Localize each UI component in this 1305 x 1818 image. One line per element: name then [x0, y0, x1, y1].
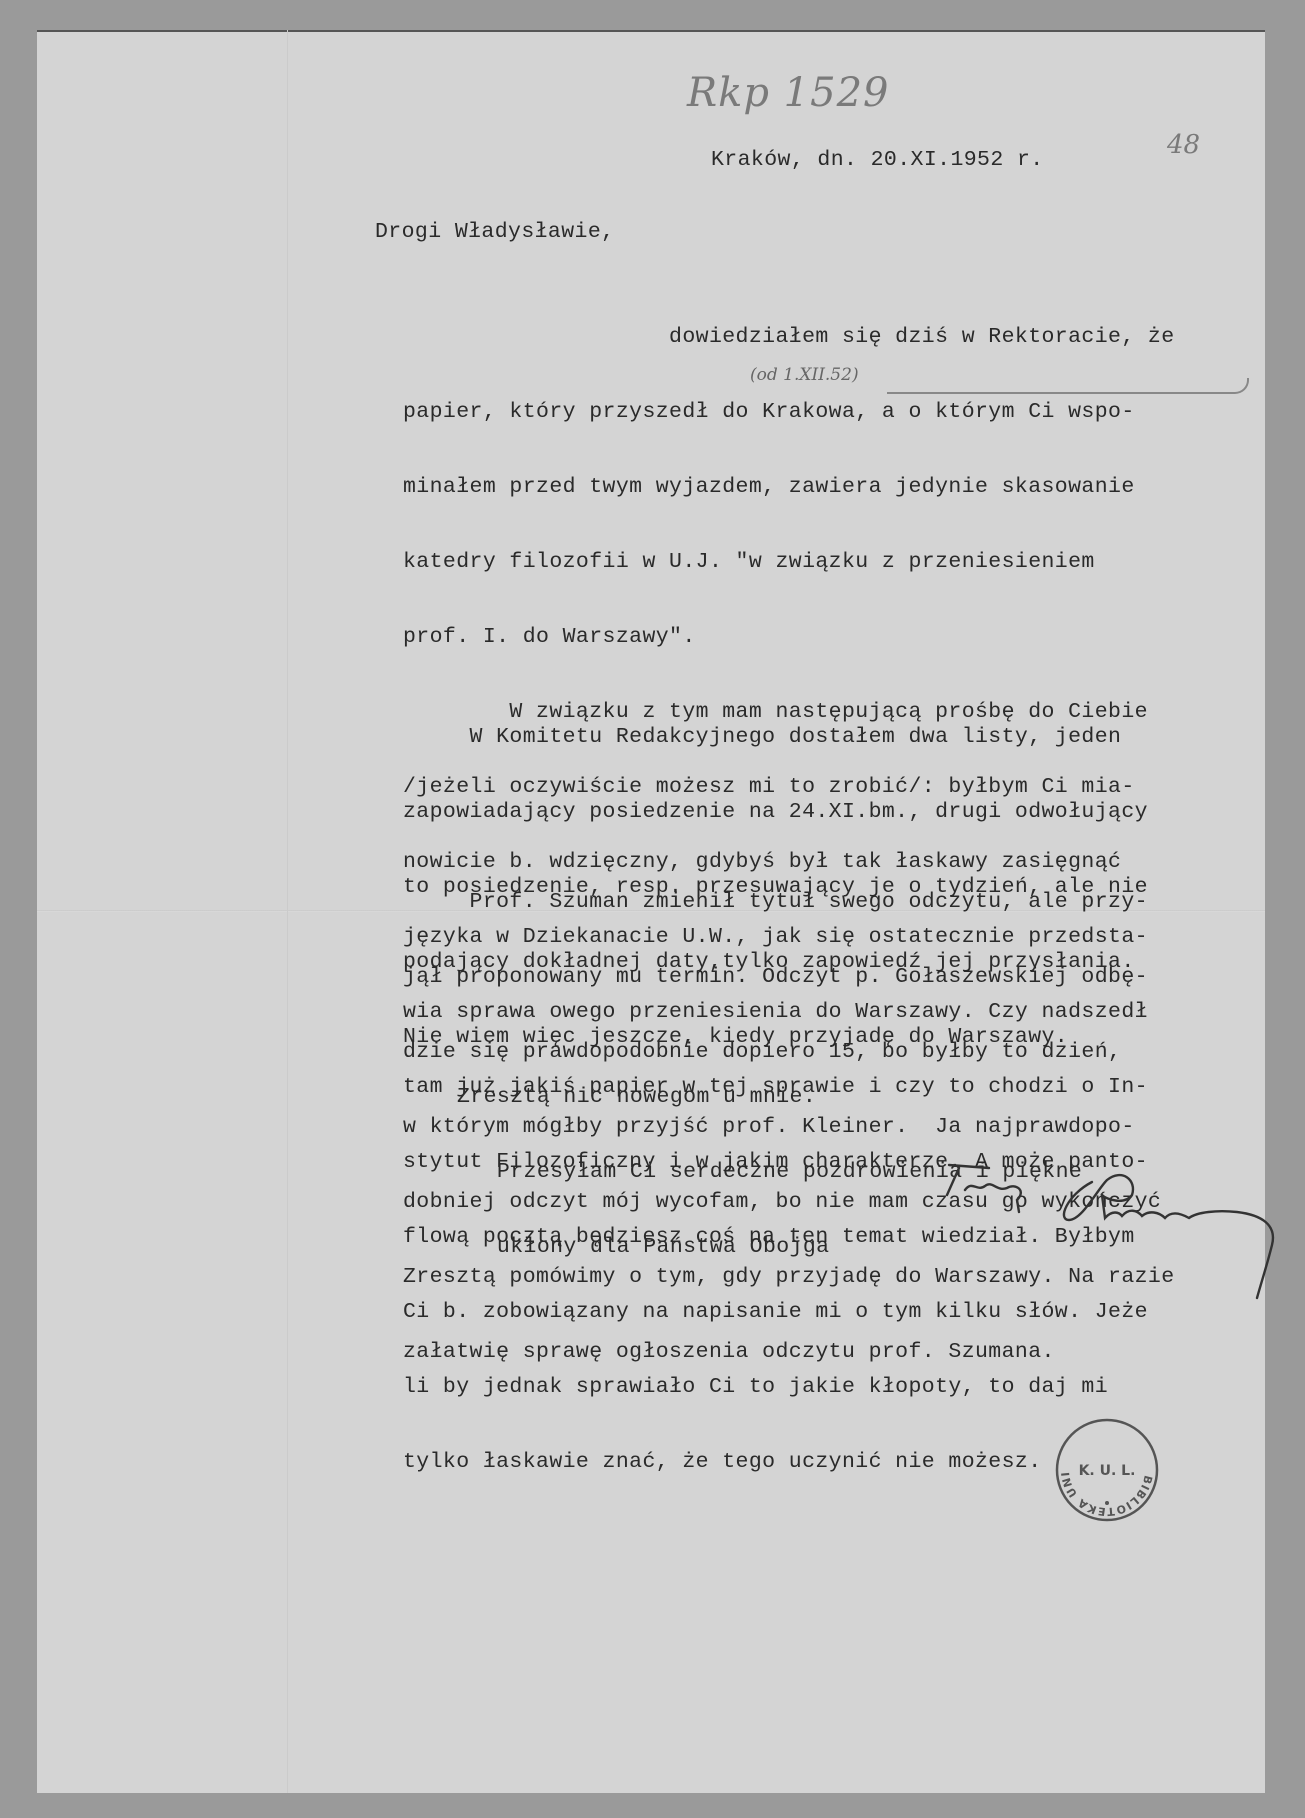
text-line: zapowiadający posiedzenie na 24.XI.bm., … [403, 800, 1148, 825]
call-number: Rkp 1529 [687, 70, 889, 116]
text-line: Zresztą nic nowegom u mnie. [457, 1085, 1082, 1110]
text-line: papier, który przyszedł do Krakowa, a o … [403, 400, 1175, 425]
text-line: Prof. Szuman zmienił tytuł swego odczytu… [403, 890, 1175, 915]
letter-page: Rkp 1529 48 Kraków, dn. 20.XI.1952 r. Dr… [37, 30, 1265, 1793]
handwritten-annotation: (od 1.XII.52) [750, 365, 859, 385]
text-line: minałem przed twym wyjazdem, zawiera jed… [403, 475, 1175, 500]
annotation-arrow [887, 378, 1249, 394]
text-line: dowiedziałem się dziś w Rektoracie, że [403, 325, 1175, 350]
signature: Twój Roman [897, 1150, 1297, 1330]
stamp-center-text: K. U. L. [1079, 1463, 1136, 1479]
place-date: Kraków, dn. 20.XI.1952 r. [711, 148, 1044, 173]
fold-line-vertical [287, 30, 288, 1793]
salutation: Drogi Władysławie, [375, 220, 614, 245]
text-line: załatwię sprawę ogłoszenia odczytu prof.… [403, 1340, 1175, 1365]
text-line: jął proponowany mu termin. Odczyt p. Goł… [403, 965, 1175, 990]
library-stamp: BIBLIOTEKA UNIWERSYTECKA K. U. L. [1052, 1415, 1162, 1525]
text-line: prof. I. do Warszawy". [403, 625, 1175, 650]
text-line: katedry filozofii w U.J. "w związku z pr… [403, 550, 1175, 575]
page-number: 48 [1167, 130, 1200, 160]
text-line: W Komitetu Redakcyjnego dostałem dwa lis… [403, 725, 1148, 750]
